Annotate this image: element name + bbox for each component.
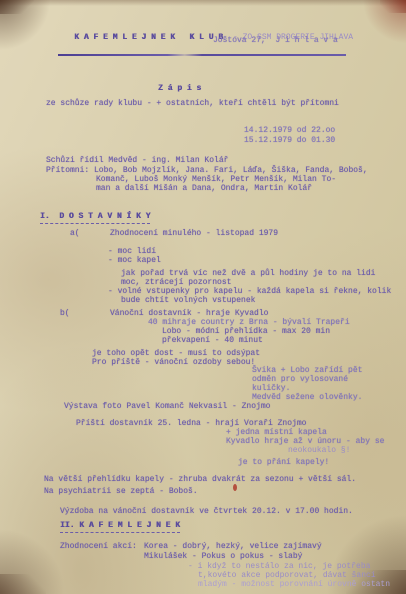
closing-line-3: Výzdoba na vánoční dostavník ve čtvrtek … bbox=[60, 507, 353, 516]
item-b-line-3: překvapení - 40 minut bbox=[162, 336, 263, 345]
scan-artifact-top-left-corner bbox=[0, 0, 34, 14]
task-side-note-2: odměn pro vylosované bbox=[252, 375, 348, 384]
scan-artifact-top-edge bbox=[0, 0, 406, 6]
task-side-note-1: Švika + Lobo zařídí pět bbox=[252, 366, 362, 375]
item-a-note-2: moc, ztrácejí pozornost bbox=[121, 278, 231, 287]
evaluation-line-2: Mikulášek - Pokus o pokus - slabý bbox=[144, 552, 302, 561]
session-end: 15.12.1979 do 01.30 bbox=[244, 136, 335, 145]
next-event-line-3: Kyvadlo hraje až v únoru - aby se bbox=[226, 437, 384, 446]
next-event-line-4: neokoukalo §! bbox=[288, 446, 350, 455]
item-a-marker: a( bbox=[70, 229, 80, 238]
item-a-bullet-1: - moc lidí bbox=[108, 247, 156, 256]
evaluation-line-4: t,kovéto akce podporovat, dávat šanci bbox=[198, 571, 376, 580]
subtitle: ze schůze rady klubu - + ostatních, kteř… bbox=[46, 99, 339, 108]
session-start: 14.12.1979 od 22.oo bbox=[244, 126, 335, 135]
page-title: Z á p i s bbox=[158, 84, 201, 93]
item-a-bullet-3: - volné vstupenky pro kapelu - každá kap… bbox=[108, 287, 391, 296]
item-a-bullet-3-cont: bude chtít volných vstupenek bbox=[121, 296, 255, 305]
ink-blot bbox=[233, 484, 237, 491]
evaluation-line-5: mladým - možnost porovnání úrovně ostatn bbox=[198, 580, 390, 589]
item-b-line-1: 40 mihraje country z Brna - bývalí Trape… bbox=[148, 318, 350, 327]
section-2-heading: II. K A F E M L E J N E K bbox=[60, 521, 180, 533]
attendees-line-3: man a další Mišán a Dana, Ondra, Martin … bbox=[96, 184, 312, 193]
club-name: K A F E M L E J N E K K L U B bbox=[74, 33, 223, 42]
photo-exhibition-line: Výstava foto Pavel Komanč Nekvasil - Zno… bbox=[64, 402, 270, 411]
scanned-document-page: K A F E M L E J N E K K L U B- ZO SSM DR… bbox=[0, 0, 406, 594]
next-event-line-2: + jedna místní kapela bbox=[226, 428, 327, 437]
attendees-line-2: Komanč, Luboš Monký Menšík, Petr Menšík,… bbox=[96, 175, 336, 184]
item-b-note-2: Pro příště - vánoční ozdoby sebou! bbox=[92, 358, 255, 367]
item-b-note-1: je toho opět dost - musí to odsýpat bbox=[92, 349, 260, 358]
next-event-line-5: je to přání kapely! bbox=[238, 458, 329, 467]
chair-line: Schůzi řídil Medvěd - ing. Milan Kolář bbox=[46, 156, 228, 165]
evaluation-line-3: - i když to nestálo za nic, je potřeba bbox=[188, 562, 370, 571]
scan-artifact-top-right-corner bbox=[380, 0, 406, 13]
task-side-note-4: Medvěd sežene olověnky. bbox=[252, 393, 362, 402]
evaluation-label: Zhodnocení akcí: bbox=[60, 542, 137, 551]
item-a-note-1: jak pořad trvá víc než dvě a půl hodiny … bbox=[121, 269, 375, 278]
item-b-title: Vánoční dostavník - hraje Kyvadlo bbox=[110, 309, 268, 318]
task-side-note-3: kuličky. bbox=[252, 384, 290, 393]
scan-artifact-bottom-left-corner bbox=[0, 574, 46, 594]
closing-line-1: Na větší přehlídku kapely - zhruba dvakr… bbox=[44, 475, 356, 484]
item-b-marker: b( bbox=[60, 309, 70, 318]
section-1-heading: I. D O S T A V N Í K Y bbox=[40, 212, 150, 224]
next-event-line-1: Příští dostavník 25. ledna - hrají Vorař… bbox=[76, 419, 306, 428]
closing-line-2: Na psychiatrii se zeptá - Boboš. bbox=[44, 487, 198, 496]
club-address: Joštova 27, J i h l a v a bbox=[213, 36, 338, 45]
item-b-line-2: Lobo - módní přehlídka - max 20 min bbox=[162, 327, 330, 336]
item-a-bullet-2: - moc kapel bbox=[108, 256, 161, 265]
item-a-title: Zhodnocení minulého - listopad 1979 bbox=[110, 229, 278, 238]
attendees-line-1: Přítomni: Lobo, Bob Mojzlík, Jana. Fari,… bbox=[46, 166, 368, 175]
letterhead-rule bbox=[58, 54, 346, 56]
evaluation-line-1: Korea - dobrý, hezký, velice zajímavý bbox=[144, 542, 322, 551]
